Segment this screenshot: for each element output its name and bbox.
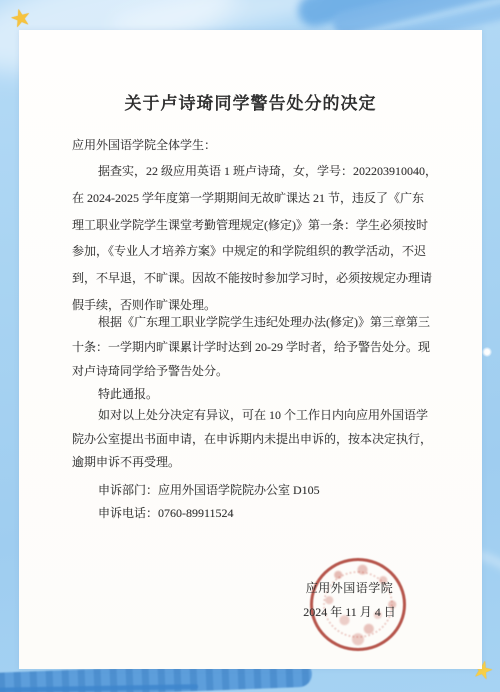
notice-paragraph-basis: 根据《广东理工职业学院学生违纪处理办法(修定)》第三章第三十条：一学期内旷课累计… bbox=[72, 310, 438, 384]
notice-text-line: 根据《广东理工职业学院学生违纪处理办法(修定)》第三章第三 bbox=[72, 310, 438, 335]
notice-text-line: 到，不早退，不旷课。因故不能按时参加学习时，必须按规定办理请 bbox=[72, 265, 438, 292]
notice-text-line: 申诉电话：0760-89911524 bbox=[72, 502, 438, 526]
signature-org: 应用外国语学院 bbox=[297, 579, 402, 596]
notice-text-line: 据查实，22 级应用英语 1 班卢诗琦，女，学号：202203910040， bbox=[72, 158, 438, 185]
sky-streak bbox=[295, 0, 500, 30]
notice-paragraph-appeal: 如对以上处分决定有异议，可在 10 个工作日内向应用外国语学院办公室提出书面申请… bbox=[72, 404, 438, 475]
notice-text-line: 申诉部门：应用外国语学院院办公室 D105 bbox=[72, 479, 438, 503]
notice-text-line: 特此通报。 bbox=[72, 382, 438, 407]
notice-text-line: 院办公室提出书面申请，在申诉期内未提出申诉的，按本决定执行， bbox=[72, 428, 438, 452]
notice-appeal-department: 申诉部门：应用外国语学院院办公室 D105 bbox=[72, 479, 438, 503]
notice-paragraph-hereby: 特此通报。 bbox=[72, 382, 438, 407]
brush-stroke-wave bbox=[0, 684, 198, 692]
star-icon: ★ bbox=[7, 4, 34, 32]
notice-text-line: 逾期申诉不再受理。 bbox=[72, 451, 438, 475]
notice-salutation: 应用外国语学院全体学生： bbox=[72, 132, 216, 159]
notice-text-line: 理工职业学院学生课堂考勤管理规定(修定)》第一条：学生必须按时 bbox=[72, 212, 438, 239]
signature-date: 2024 年 11 月 4 日 bbox=[297, 603, 402, 620]
notice-paragraph-facts: 据查实，22 级应用英语 1 班卢诗琦，女，学号：202203910040，在 … bbox=[72, 158, 438, 319]
notice-text-line: 参加，《专业人才培养方案》中规定的和学院组织的教学活动，不迟 bbox=[72, 238, 438, 265]
notice-text-line: 对卢诗琦同学给予警告处分。 bbox=[72, 359, 438, 384]
notice-appeal-phone: 申诉电话：0760-89911524 bbox=[72, 502, 438, 526]
photo-background: ★ ★ 关于卢诗琦同学警告处分的决定 应用外国语学院全体学生： 据查实，22 级… bbox=[0, 0, 500, 692]
notice-title: 关于卢诗琦同学警告处分的决定 bbox=[19, 89, 482, 114]
notice-text-line: 在 2024-2025 学年度第一学期期间无故旷课达 21 节，违反了《广东 bbox=[72, 185, 438, 212]
sparkle-dot bbox=[482, 347, 492, 357]
notice-text-line: 十条：一学期内旷课累计学时达到 20-29 学时者，给予警告处分。现 bbox=[72, 335, 438, 360]
notice-text-line: 如对以上处分决定有异议，可在 10 个工作日内向应用外国语学 bbox=[72, 404, 438, 428]
